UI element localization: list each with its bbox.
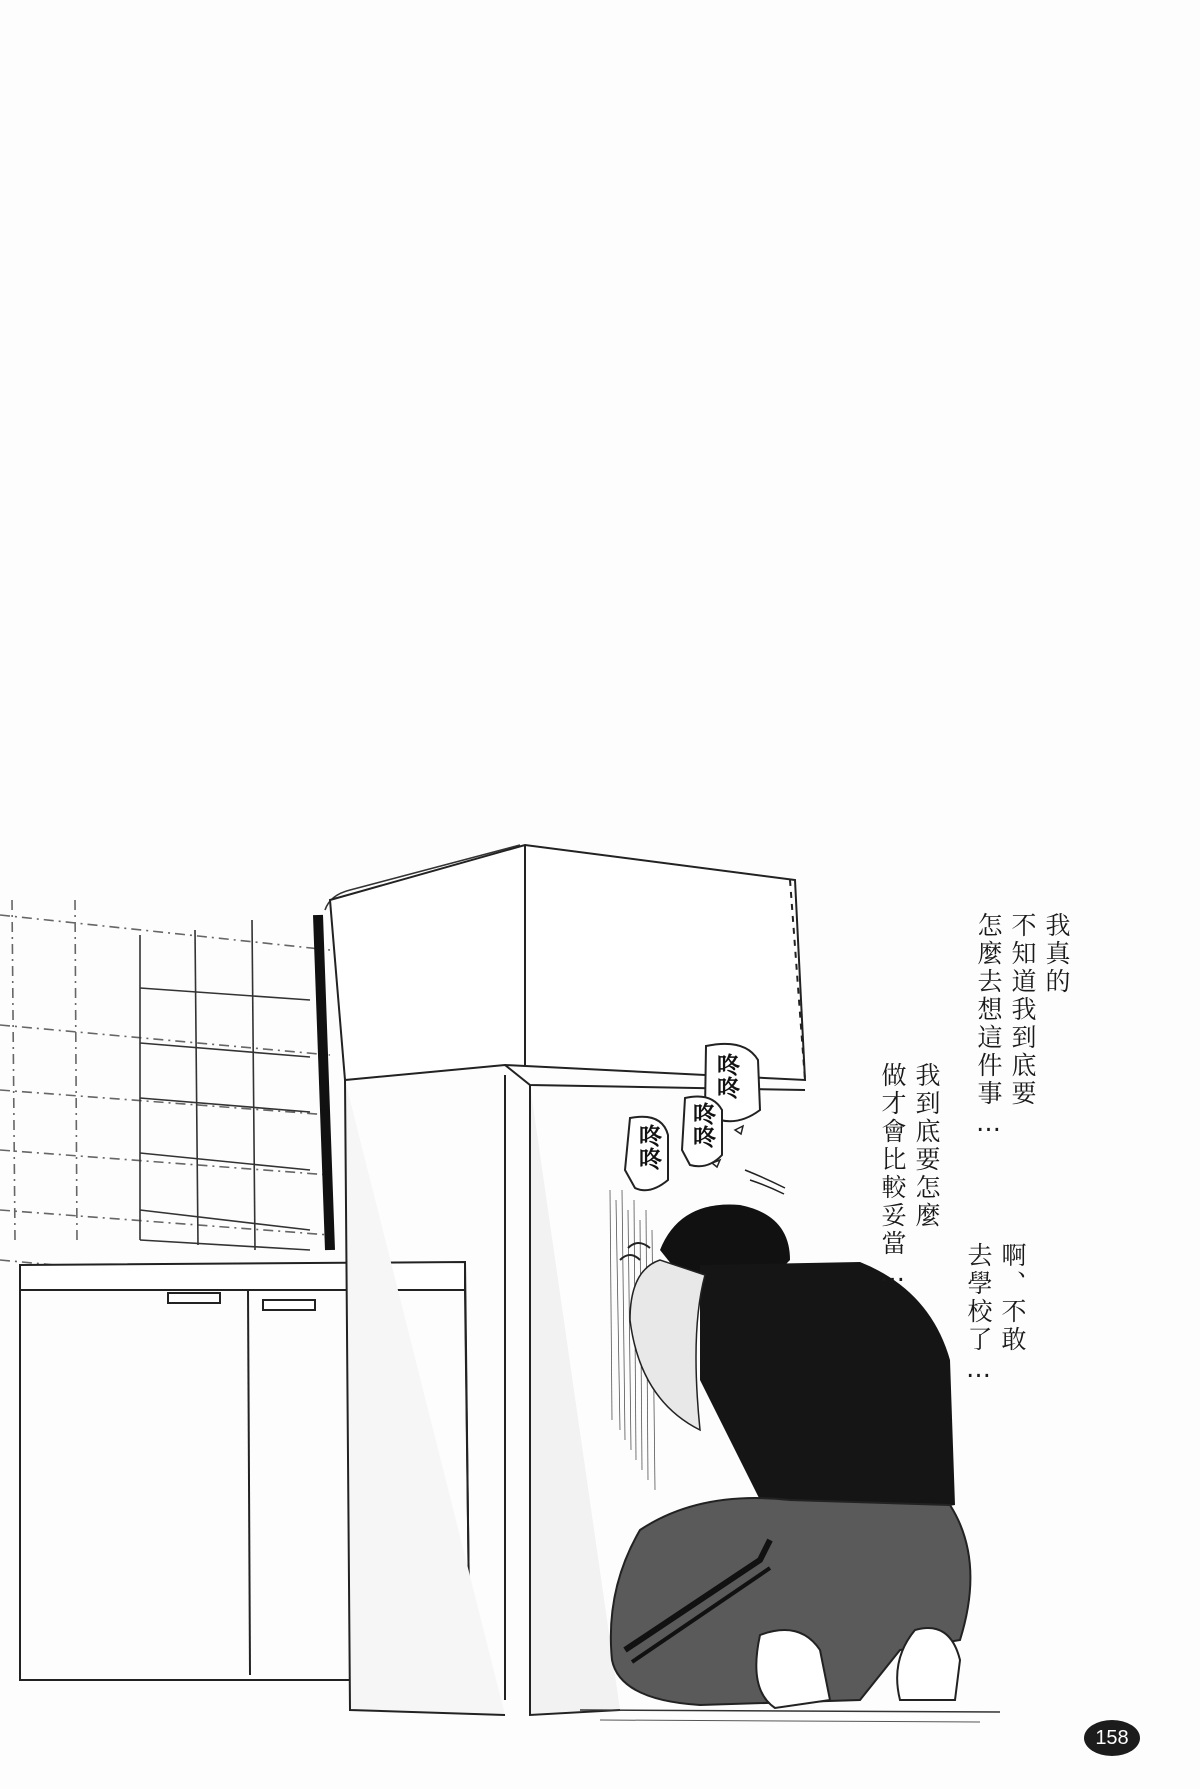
sfx-knock-1: 咚咚: [714, 1053, 738, 1099]
scene-illustration: [0, 0, 1200, 1789]
kneeling-boy: [580, 1205, 1000, 1722]
monologue-3-line-1: 啊、不敢: [994, 1242, 1030, 1354]
manga-page: 咚咚 咚咚 咚咚 我真的 不知道我到底要 怎麼去想這件事… 我到底要怎麼 做才會…: [0, 0, 1200, 1789]
monologue-2-line-1: 我到底要怎麼: [908, 1062, 944, 1230]
sfx-knock-3: 咚咚: [636, 1124, 660, 1170]
monologue-2-line-2: 做才會比較妥當…: [874, 1062, 910, 1290]
monologue-3-line-2: 去學校了…: [960, 1242, 996, 1386]
sfx-knock-2: 咚咚: [690, 1102, 714, 1148]
page-number-badge: 158: [1084, 1720, 1140, 1756]
monologue-1-line-1: 我真的: [1038, 912, 1074, 996]
monologue-1-line-3: 怎麼去想這件事…: [970, 912, 1006, 1140]
monologue-1-line-2: 不知道我到底要: [1004, 912, 1040, 1108]
